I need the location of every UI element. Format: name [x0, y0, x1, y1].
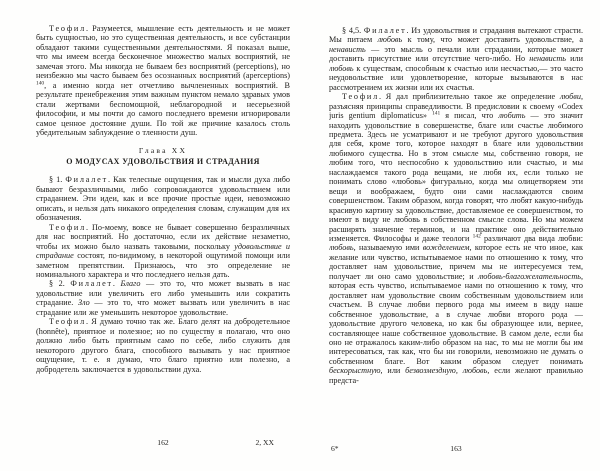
- chapter-number: Глава XX: [36, 146, 290, 156]
- book-spread: Теофил. Разумеется, мышление есть деятел…: [0, 0, 600, 471]
- paragraph: § 2. Филалет. Благо — это то, что может …: [36, 279, 290, 317]
- paragraph: Теофил. Я думаю точно так же. Благо деля…: [36, 317, 290, 374]
- book-page-left: Теофил. Разумеется, мышление есть деятел…: [36, 0, 290, 471]
- page-number: 163: [329, 444, 583, 453]
- paragraph: Теофил. Я дал приблизительно такое же оп…: [329, 92, 583, 385]
- page-left-text: Теофил. Разумеется, мышление есть деятел…: [36, 24, 290, 374]
- page-right-text: § 4,5. Филалет. Из удовольствия и страда…: [329, 26, 583, 385]
- running-chapter-ref: 2, XX: [255, 438, 274, 447]
- book-page-right: § 4,5. Филалет. Из удовольствия и страда…: [329, 0, 583, 471]
- chapter-title: О МОДУСАХ УДОВОЛЬСТВИЯ И СТРАДАНИЯ: [36, 156, 290, 167]
- paragraph: Теофил. По-моему, вовсе не бывает соверш…: [36, 223, 290, 280]
- paragraph: § 1. Филалет. Как телесные ощущения, так…: [36, 175, 290, 222]
- page-number: 162: [36, 438, 290, 447]
- paragraph: Теофил. Разумеется, мышление есть деятел…: [36, 24, 290, 137]
- chapter-heading: Глава XXО МОДУСАХ УДОВОЛЬСТВИЯ И СТРАДАН…: [36, 146, 290, 167]
- paragraph: § 4,5. Филалет. Из удовольствия и страда…: [329, 26, 583, 92]
